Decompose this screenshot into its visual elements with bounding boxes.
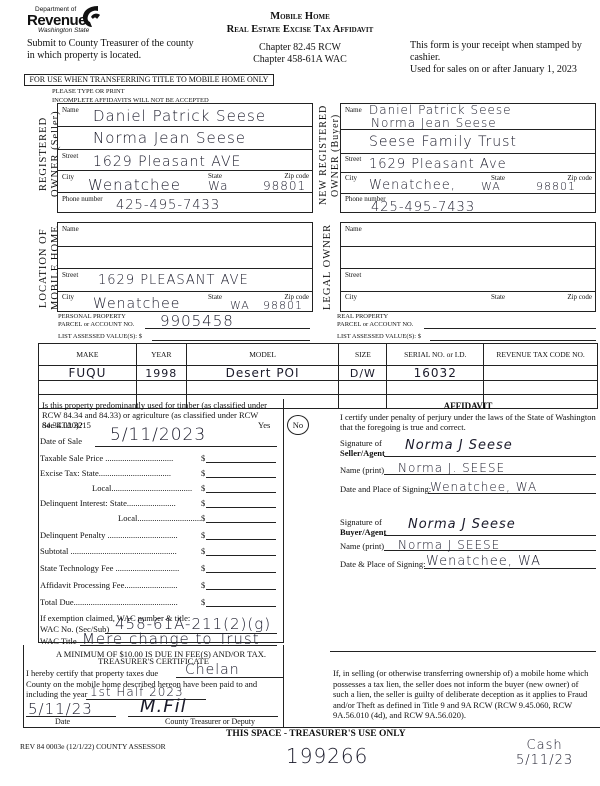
treasurer-use-title: THIS SPACE - TREASURER'S USE ONLY	[226, 729, 406, 739]
buyer-signature-label: Signature of Buyer/Agent	[340, 517, 386, 537]
treasurer-signature-label: County Treasurer or Deputy	[165, 717, 255, 726]
buyer-name-2[interactable]: Seese Family Trust	[369, 134, 517, 150]
treasurer-county[interactable]: Chelan	[185, 662, 240, 678]
legal-owner-section-label: LEGAL OWNER	[322, 222, 338, 312]
fee-label: Delinquent Penalty .....................…	[40, 530, 178, 540]
buyer-name-1[interactable]: Daniel Patrick Seese	[369, 103, 511, 117]
taxable-sale-price-input[interactable]	[206, 462, 276, 463]
subtotal-input[interactable]	[206, 555, 276, 556]
name-label: Name	[345, 225, 362, 233]
fee-label: Local...................................…	[92, 483, 192, 493]
treasurer-line-1: I hereby certify that property taxes due	[26, 668, 158, 678]
name-label: Name	[62, 225, 79, 233]
excise-state-input[interactable]	[206, 477, 276, 478]
excise-local-input[interactable]	[206, 492, 276, 493]
cell-tax-code[interactable]	[484, 381, 598, 395]
seller-box: Name Daniel Patrick Seese Norma Jean See…	[57, 103, 313, 213]
treasurer-line-3: including the year	[26, 689, 87, 699]
location-zip[interactable]: 98801	[263, 299, 303, 312]
buyer-zip[interactable]: 98801	[536, 180, 576, 193]
warning-divider	[330, 651, 596, 652]
personal-assessed-label: LIST ASSESSED VALUE(S): $	[58, 333, 142, 340]
state-label: State	[491, 293, 505, 301]
affidavit-text: I certify under penalty of perjury under…	[340, 412, 596, 432]
affidavit-processing-fee-input[interactable]	[206, 589, 276, 590]
logo-state-text: Washington State	[38, 27, 89, 34]
chapter-references: Chapter 82.45 RCW Chapter 458-61A WAC	[230, 42, 370, 66]
fee-label: Affidavit Processing Fee................…	[40, 580, 177, 590]
fee-label: Total Due...............................…	[40, 597, 178, 607]
cell-make[interactable]	[39, 381, 137, 395]
fee-label: Delinquent Interest: State..............…	[40, 498, 176, 508]
state-technology-fee-input[interactable]	[206, 572, 276, 573]
buyer-phone[interactable]: 425-495-7433	[371, 200, 475, 215]
treasurer-certificate-title: TREASURER'S CERTIFICATE	[23, 656, 284, 666]
seller-street[interactable]: 1629 Pleasant AVE	[93, 154, 241, 170]
col-model: MODEL	[186, 344, 339, 366]
legal-owner-box: Name Street City State Zip code	[340, 222, 596, 312]
affidavit-title: AFFIDAVIT	[340, 401, 596, 411]
cash-stamp: Cash 5/11/23	[516, 738, 573, 768]
street-label: Street	[345, 155, 361, 163]
receipt-number: 199266	[286, 744, 368, 768]
city-label: City	[345, 293, 357, 301]
dollar-sign: $	[201, 468, 205, 478]
seller-name-1[interactable]: Daniel Patrick Seese	[93, 107, 266, 125]
dollar-sign: $	[201, 546, 205, 556]
dollar-sign: $	[201, 513, 205, 523]
table-header-row: MAKE YEAR MODEL SIZE SERIAL NO. or I.D. …	[39, 344, 598, 366]
location-city[interactable]: Wenatchee	[93, 296, 180, 312]
buyer-date-place[interactable]: Wenatchee, WA	[426, 554, 541, 569]
fee-label: State Technology Fee ...................…	[40, 563, 179, 573]
buyer-state[interactable]: WA	[481, 180, 501, 193]
real-parcel-label: REAL PROPERTY PARCEL or ACCOUNT NO.	[337, 313, 413, 329]
delinquent-penalty-input[interactable]	[206, 539, 276, 540]
date-of-sale-value[interactable]: 5/11/2023	[110, 425, 206, 445]
seller-city[interactable]: Wenatchee	[88, 176, 181, 194]
seller-name-print-label: Name (print)	[340, 465, 384, 475]
timber-no-option-circled[interactable]: No	[287, 415, 309, 435]
use-notice-box: FOR USE WHEN TRANSFERRING TITLE TO MOBIL…	[24, 74, 274, 86]
seller-date-place[interactable]: Wenatchee, WA	[430, 480, 537, 494]
personal-parcel-label: PERSONAL PROPERTY PARCEL or ACCOUNT NO.	[58, 313, 134, 329]
cell-size[interactable]	[339, 381, 387, 395]
seller-name-2[interactable]: Norma Jean Seese	[93, 129, 246, 147]
submit-note: Submit to County Treasurer of the county…	[27, 38, 194, 62]
cell-model[interactable]: Desert POI	[186, 366, 339, 381]
dollar-sign: $	[201, 498, 205, 508]
dor-logo-icon	[80, 4, 102, 28]
seller-state[interactable]: Wa	[208, 179, 228, 193]
name-label: Name	[345, 106, 362, 114]
delinquent-interest-state-input[interactable]	[206, 507, 276, 508]
eta-reference: See ETA 3215	[42, 420, 91, 430]
dollar-sign: $	[201, 530, 205, 540]
dollar-sign: $	[201, 483, 205, 493]
buyer-name-print-label: Name (print)	[340, 541, 384, 551]
dollar-sign: $	[201, 453, 205, 463]
buyer-city[interactable]: Wenatchee,	[369, 178, 456, 193]
city-label: City	[62, 293, 74, 301]
col-make: MAKE	[39, 344, 137, 366]
real-assessed-label: LIST ASSESSED VALUE(S): $	[337, 333, 421, 340]
seller-date-place-label: Date and Place of Signing:	[340, 484, 431, 494]
col-serial: SERIAL NO. or I.D.	[387, 344, 484, 366]
cell-model[interactable]	[186, 381, 339, 395]
seller-phone[interactable]: 425-495-7433	[116, 198, 220, 213]
treasurer-use-divider	[200, 727, 600, 728]
street-label: Street	[345, 271, 361, 279]
city-label: City	[62, 173, 74, 181]
buyer-date-place-label: Date & Place of Signing:	[340, 559, 425, 569]
date-of-sale-label: Date of Sale	[40, 436, 82, 446]
total-due-input[interactable]	[206, 606, 276, 607]
location-state[interactable]: WA	[230, 299, 250, 312]
col-size: SIZE	[339, 344, 387, 366]
form-title: Mobile Home Real Estate Excise Tax Affid…	[200, 10, 400, 36]
buyer-box: Name Daniel Patrick Seese Norma Jean See…	[340, 103, 596, 213]
cell-size[interactable]: D/W	[339, 366, 387, 381]
timber-yes-option[interactable]: Yes	[258, 420, 270, 430]
cell-year[interactable]	[136, 381, 186, 395]
cell-serial[interactable]	[387, 381, 484, 395]
seller-signature[interactable]: Norma J Seese	[405, 438, 513, 453]
name-label: Name	[62, 106, 79, 114]
cell-tax-code[interactable]	[484, 366, 598, 381]
cell-make[interactable]: FUQU	[39, 366, 137, 381]
street-label: Street	[62, 152, 78, 160]
cell-serial[interactable]: 16032	[387, 366, 484, 381]
table-row: FUQU 1998 Desert POI D/W 16032	[39, 366, 598, 381]
street-label: Street	[62, 271, 78, 279]
location-street[interactable]: 1629 PLEASANT AVE	[98, 273, 249, 288]
fee-label: Subtotal ...............................…	[40, 546, 177, 556]
receipt-note: This form is your receipt when stamped b…	[410, 40, 595, 76]
dollar-sign: $	[201, 580, 205, 590]
buyer-name-1b[interactable]: Norma Jean Seese	[371, 116, 497, 130]
location-box: Name Street 1629 PLEASANT AVE City Wenat…	[57, 222, 313, 312]
buyer-street[interactable]: 1629 Pleasant Ave	[369, 157, 507, 172]
delinquent-interest-local-input[interactable]	[206, 522, 276, 523]
city-label: City	[345, 174, 357, 182]
cell-year[interactable]: 1998	[136, 366, 186, 381]
zip-label: Zip code	[567, 293, 592, 301]
personal-parcel-value[interactable]: 9905458	[160, 312, 234, 330]
form-id: REV 84 0003e (12/1/22) COUNTY ASSESSOR	[20, 742, 166, 751]
col-year: YEAR	[136, 344, 186, 366]
fee-label: Taxable Sale Price .....................…	[40, 453, 173, 463]
dollar-sign: $	[201, 563, 205, 573]
table-row	[39, 381, 598, 395]
treasurer-date-label: Date	[55, 717, 70, 726]
phone-label: Phone number	[62, 195, 103, 203]
tax-lien-warning: If, in selling (or otherwise transferrin…	[333, 668, 595, 721]
seller-name-print[interactable]: Norma J. SEESE	[398, 461, 505, 475]
seller-zip[interactable]: 98801	[263, 179, 306, 193]
fee-label: Excise Tax: State.......................…	[40, 468, 171, 478]
fee-label: Local..............................	[118, 513, 201, 523]
treasurer-signature[interactable]: M.Fil	[140, 696, 187, 717]
buyer-name-print[interactable]: Norma J SEESE	[398, 538, 500, 552]
dollar-sign: $	[201, 597, 205, 607]
state-label: State	[208, 293, 222, 301]
col-tax-code: REVENUE TAX CODE NO.	[484, 344, 598, 366]
seller-signature-label: Signature of Seller/Agent	[340, 438, 385, 458]
buyer-signature[interactable]: Norma J Seese	[408, 517, 516, 532]
